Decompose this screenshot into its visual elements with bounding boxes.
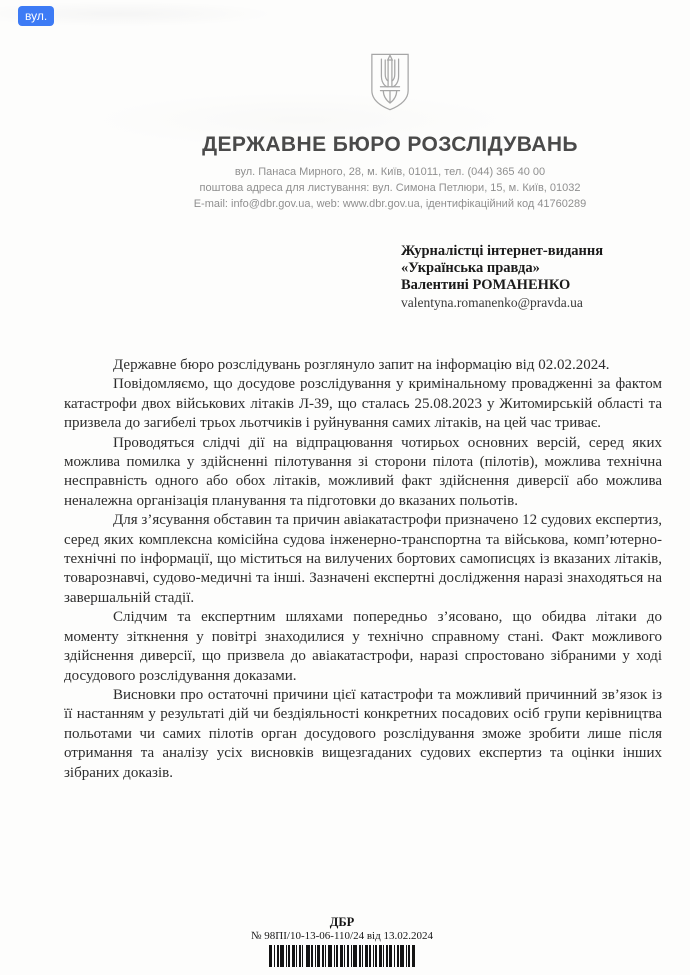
recipient-line1: Журналістці інтернет-видання <box>401 243 603 260</box>
letter-body: Державне бюро розслідувань розглянуло за… <box>64 356 662 783</box>
org-address-line1: вул. Панаса Мирного, 28, м. Київ, 01011,… <box>45 164 690 180</box>
org-address-line2: поштова адреса для листування: вул. Симо… <box>45 180 690 196</box>
recipient-line2: «Українська правда» <box>401 260 603 277</box>
body-paragraph-1: Державне бюро розслідувань розглянуло за… <box>64 356 662 375</box>
scanned-letter-page: вул. ДЕРЖАВНЕ БЮРО РОЗСЛІДУВАНЬ вул. Пан… <box>0 0 690 975</box>
body-paragraph-3: Проводяться слідчі дії на відпрацювання … <box>64 434 662 512</box>
org-name-title: ДЕРЖАВНЕ БЮРО РОЗСЛІДУВАНЬ <box>45 133 690 157</box>
org-address-line3: E-mail: info@dbr.gov.ua, web: www.dbr.go… <box>45 196 690 212</box>
body-paragraph-4: Для з’ясування обставин та причин авіака… <box>64 511 662 608</box>
footer-reference-number: № 98ПІ/10-13-06-110/24 від 13.02.2024 <box>0 930 684 943</box>
ukraine-trident-emblem-icon <box>369 52 411 112</box>
org-address-block: вул. Панаса Мирного, 28, м. Київ, 01011,… <box>45 164 690 212</box>
recipient-block: Журналістці інтернет-видання «Українська… <box>401 243 603 311</box>
link-tooltip-badge[interactable]: вул. <box>18 6 54 26</box>
body-paragraph-6: Висновки про остаточні причини цієї ката… <box>64 686 662 783</box>
body-paragraph-5: Слідчим та експертним шляхами попередньо… <box>64 608 662 686</box>
body-paragraph-2: Повідомляємо, що досудове розслідування … <box>64 375 662 433</box>
footer-org-abbr: ДБР <box>0 915 684 929</box>
recipient-line3: Валентині РОМАНЕНКО <box>401 277 603 294</box>
recipient-email: valentyna.romanenko@pravda.ua <box>401 294 603 311</box>
registration-footer: ДБР № 98ПІ/10-13-06-110/24 від 13.02.202… <box>0 915 684 972</box>
barcode <box>269 945 415 967</box>
letterhead: ДЕРЖАВНЕ БЮРО РОЗСЛІДУВАНЬ вул. Панаса М… <box>45 52 690 212</box>
